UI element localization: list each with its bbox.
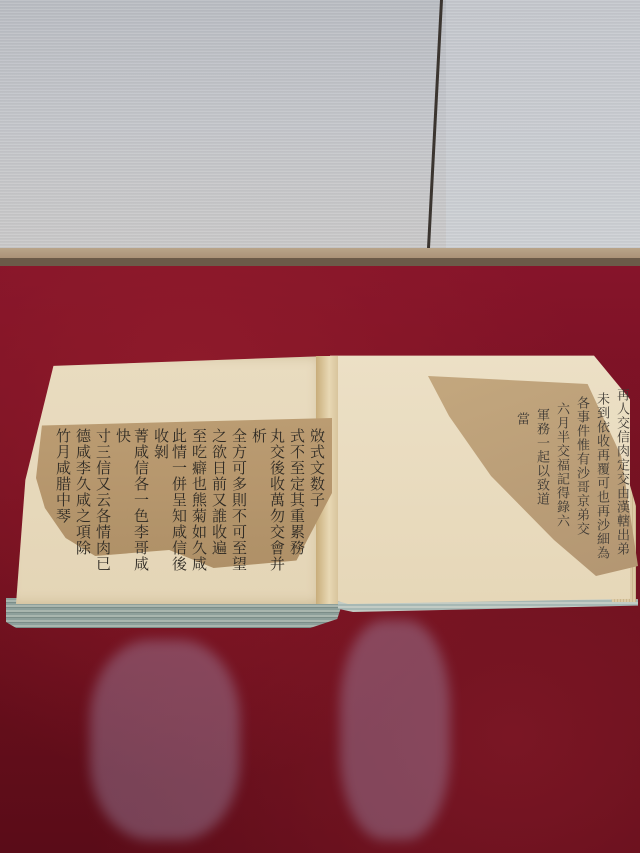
text-column: 各事件惟有沙哥京弟交 — [572, 382, 590, 582]
text-column: 竹月咸腊中琴 — [54, 428, 72, 578]
right-fragment-text: 再人交信肉定交由漢轄出弟 未到依收再覆可也再沙細為 各事件惟有沙哥京弟交 六月半… — [430, 382, 630, 582]
text-column: 式不至定其重累務 — [288, 428, 306, 578]
text-column: 敚式文数子 — [308, 428, 326, 578]
text-column: 未到依收再覆可也再沙細為 — [592, 382, 610, 582]
text-column: 六月半交福記得錄六 — [552, 382, 570, 582]
text-column: 寸三信又云各情肉已 — [94, 428, 112, 578]
text-column: 當 — [512, 382, 530, 582]
text-column: 軍務一起以致道 — [532, 382, 550, 582]
left-fragment-text: 敚式文数子 式不至定其重累務 丸交後收萬勿交會并析 全方可多則不可至望 之欲日前… — [46, 428, 326, 578]
open-manuscript-album: 敚式文数子 式不至定其重累務 丸交後收萬勿交會并析 全方可多則不可至望 之欲日前… — [0, 0, 640, 853]
text-column: 此情一併呈知咸信後收剝 — [152, 428, 188, 578]
text-column: 德咸李久咸之項除 — [74, 428, 92, 578]
text-column: 之欲日前又誰收遍 — [210, 428, 228, 578]
text-column: 全方可多則不可至望 — [230, 428, 248, 578]
text-column: 丸交後收萬勿交會并析 — [250, 428, 286, 578]
text-column: 至吃癖也熊菊如久咸 — [190, 428, 208, 578]
text-column: 再人交信肉定交由漢轄出弟 — [612, 382, 630, 582]
text-column: 菁咸信各一色李哥咸快 — [114, 428, 150, 578]
